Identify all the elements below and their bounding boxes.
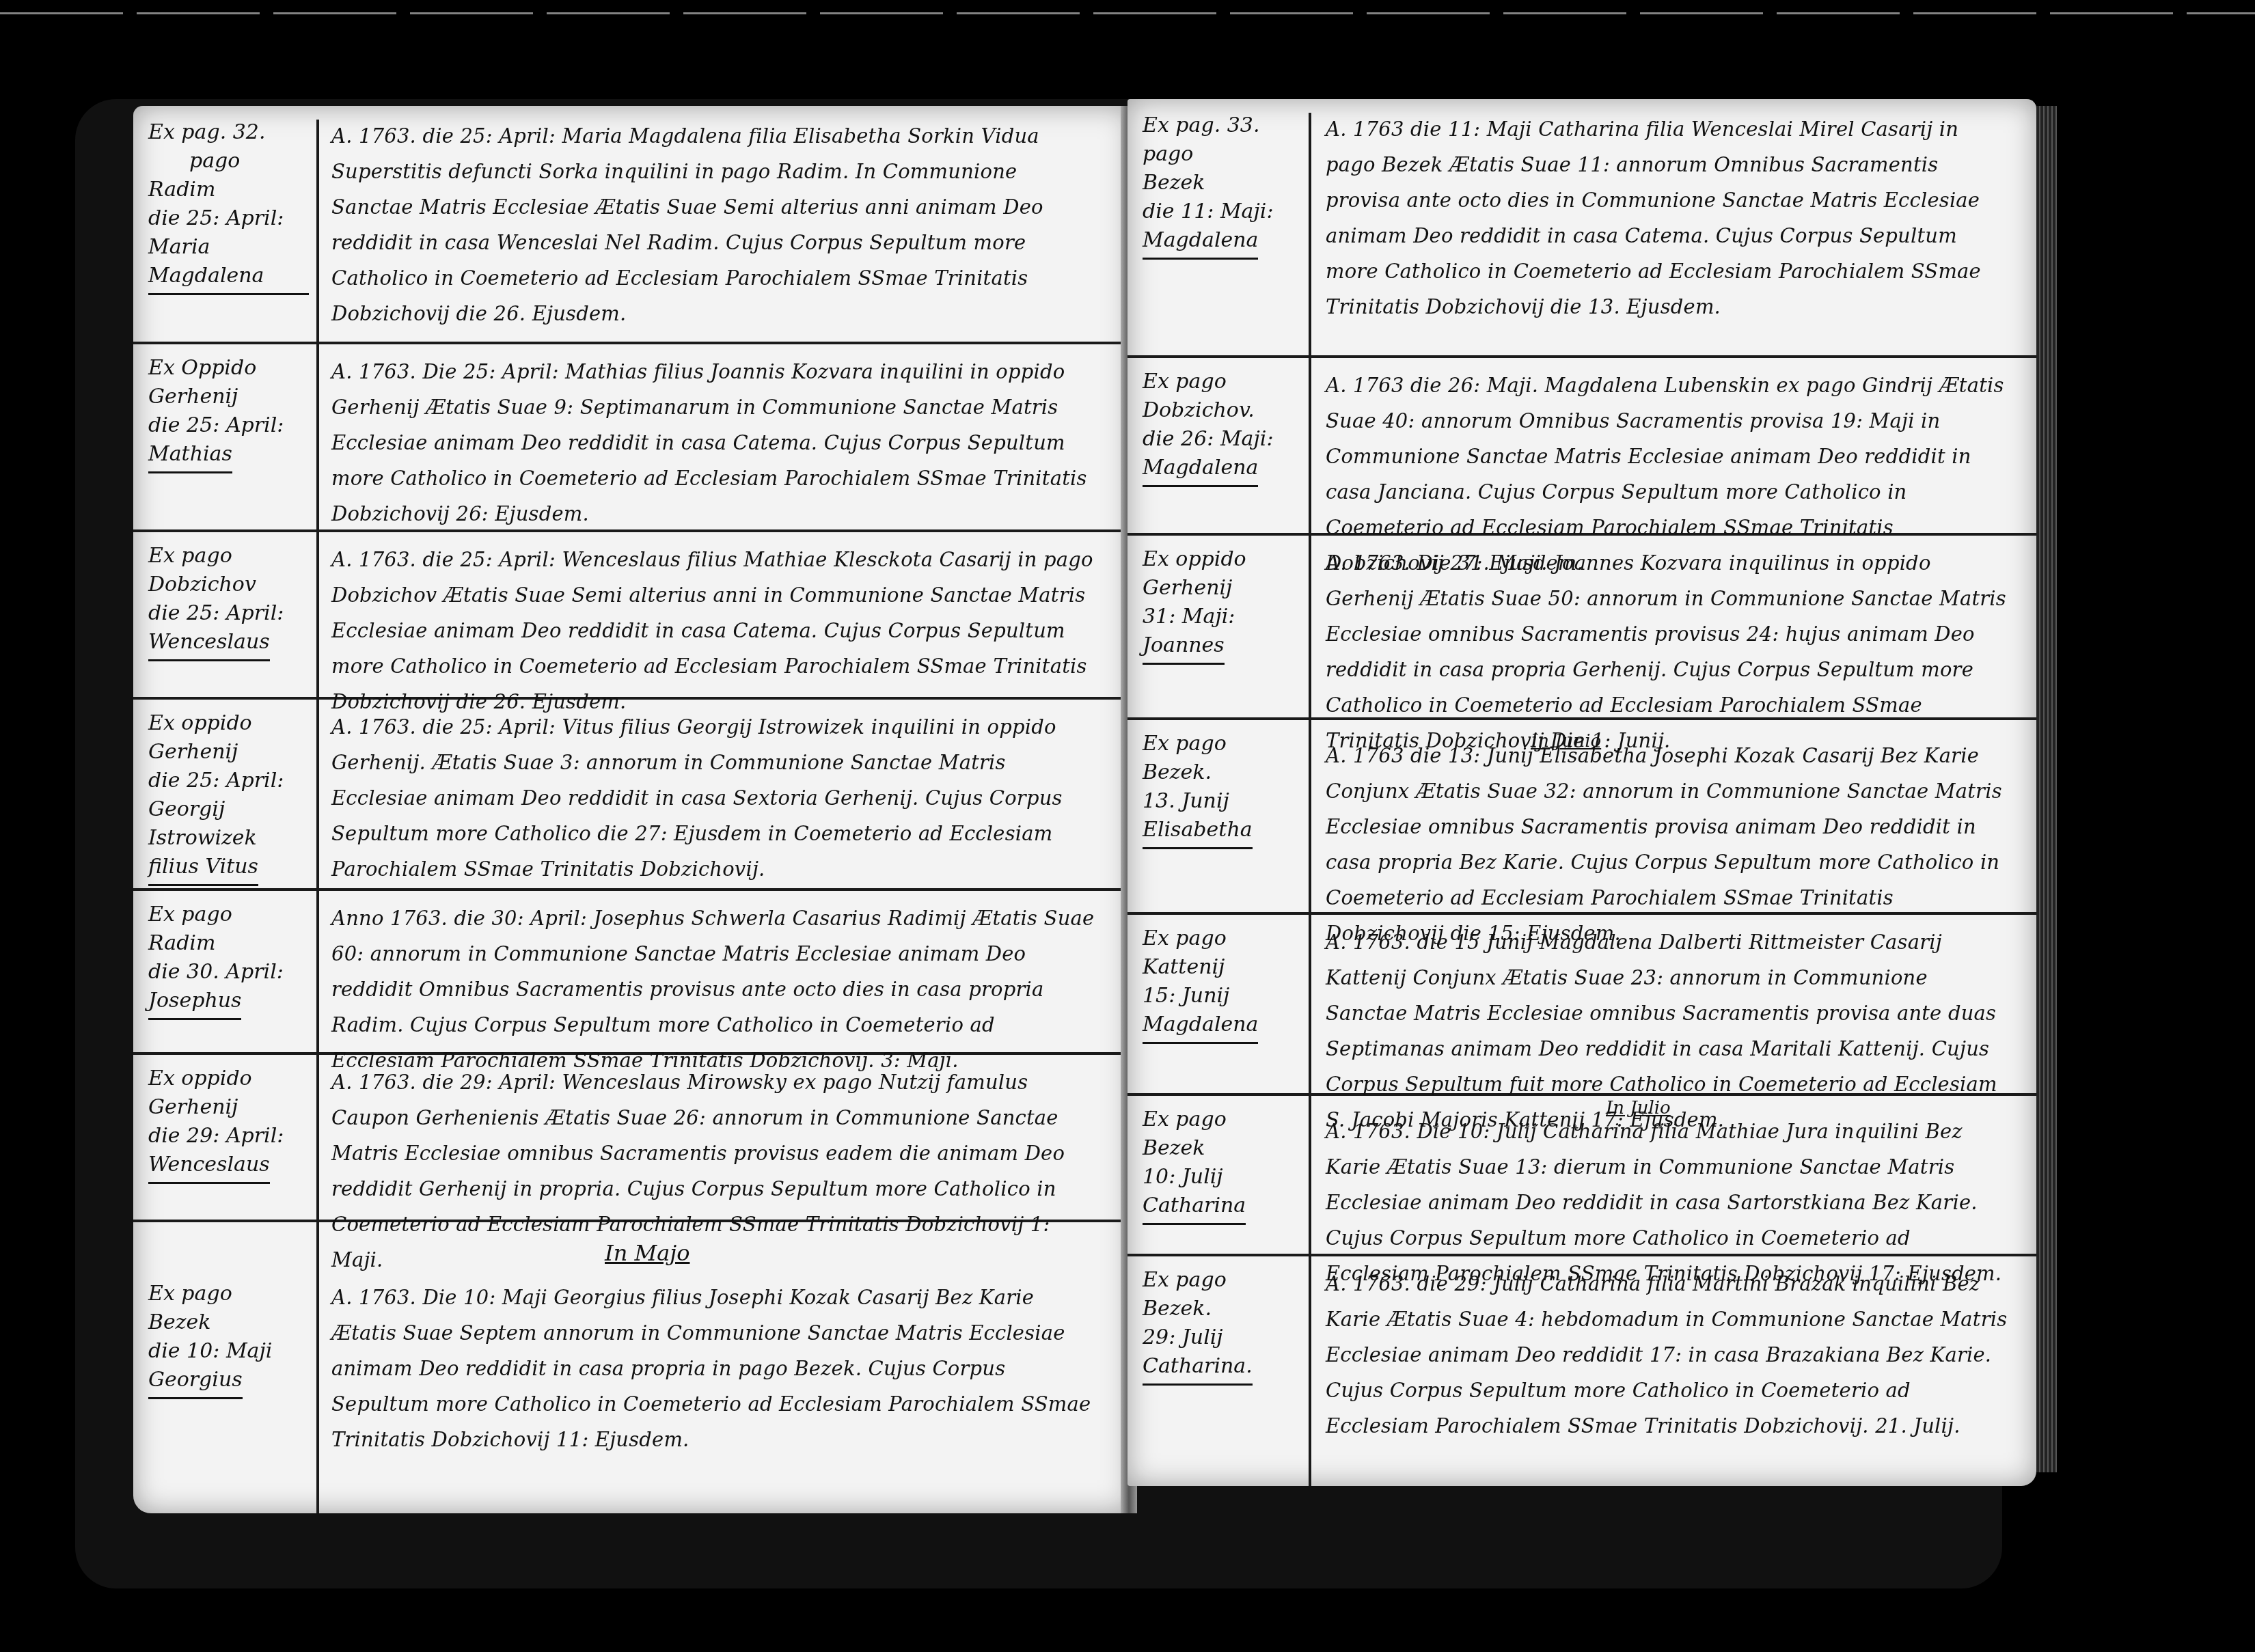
register-entry: Ex pago Kattenij 15: Junij Magdalena A. … — [1127, 912, 2036, 1096]
register-entry: Ex pag. 33. pago Bezek die 11: Maji: Mag… — [1127, 99, 2036, 358]
page-edges — [2036, 106, 2057, 1472]
register-entry: Ex pago Bezek 10: Julij Catharina A. 176… — [1127, 1093, 2036, 1256]
deceased-name: Catharina. — [1143, 1352, 1253, 1386]
month-heading: In Majo — [605, 1240, 689, 1266]
open-register-book: Ex pag. 32. pago Radim die 25: April: Ma… — [102, 85, 1947, 1554]
register-entry: Ex pago Bezek. 29: Julij Catharina. A. 1… — [1127, 1254, 2036, 1486]
margin-note: Ex pago Dobzichov. die 26: Maji: Magdale… — [1143, 368, 1303, 487]
register-entry: Ex Oppido Gerhenij die 25: April: Mathia… — [133, 342, 1131, 532]
entry-text: A. 1763. Die 25: April: Mathias filius J… — [331, 354, 1104, 532]
deceased-name: Wenceslaus — [148, 1151, 270, 1184]
margin-note: Ex oppido Gerhenij 31: Maji: Joannes — [1143, 545, 1303, 665]
register-entry: Ex pago Bezek die 10: Maji Georgius A. 1… — [133, 1267, 1131, 1513]
register-entry: Ex pago Dobzichov. die 26: Maji: Magdale… — [1127, 355, 2036, 536]
margin-note: Ex pago Bezek. 13. Junij Elisabetha — [1143, 730, 1303, 849]
deceased-name: Joannes — [1143, 631, 1225, 665]
margin-note: Ex oppido Gerhenij die 25: April: Georgi… — [148, 709, 309, 886]
scan-border-strip — [0, 12, 2255, 14]
entry-text: A. 1763. Die 10: Maji Georgius filius Jo… — [331, 1280, 1104, 1457]
register-entry: Ex pago Dobzichov die 25: April: Wencesl… — [133, 529, 1131, 700]
entry-text: A. 1763. die 29: April: Wenceslaus Mirow… — [331, 1064, 1104, 1278]
register-entry: Ex pago Bezek. 13. Junij Elisabetha A. 1… — [1127, 717, 2036, 915]
register-entry: Ex oppido Gerhenij die 25: April: Georgi… — [133, 697, 1131, 891]
deceased-name: Magdalena — [1143, 454, 1258, 487]
deceased-name: Josephus — [148, 987, 241, 1020]
margin-note: Ex pago Bezek. 29: Julij Catharina. — [1143, 1266, 1303, 1386]
margin-note: Ex pago Dobzichov die 25: April: Wencesl… — [148, 542, 309, 661]
right-page: Ex pag. 33. pago Bezek die 11: Maji: Mag… — [1127, 99, 2036, 1486]
margin-note: Ex pag. 32. pago Radim die 25: April: Ma… — [148, 118, 309, 295]
entry-text: Anno 1763. die 30: April: Josephus Schwe… — [331, 900, 1104, 1078]
register-entry: Ex pago Radim die 30. April: Josephus An… — [133, 888, 1131, 1055]
entry-text: A. 1763. die 25: April: Wenceslaus filiu… — [331, 542, 1104, 719]
margin-note: Ex pago Kattenij 15: Junij Magdalena — [1143, 924, 1303, 1044]
register-entry: Ex oppido Gerhenij die 29: April: Wences… — [133, 1052, 1131, 1222]
margin-note: Ex pag. 33. pago Bezek die 11: Maji: Mag… — [1143, 111, 1303, 260]
deceased-name: Elisabetha — [1143, 816, 1253, 849]
deceased-name: Wenceslaus — [148, 628, 270, 661]
deceased-name: Catharina — [1143, 1192, 1246, 1225]
margin-note: Ex oppido Gerhenij die 29: April: Wences… — [148, 1064, 309, 1184]
register-entry: Ex pag. 32. pago Radim die 25: April: Ma… — [133, 106, 1131, 344]
deceased-name: Mathias — [148, 440, 232, 473]
margin-note: Ex pago Radim die 30. April: Josephus — [148, 900, 309, 1020]
deceased-name: filius Vitus — [148, 853, 258, 886]
register-entry: Ex oppido Gerhenij 31: Maji: Joannes A. … — [1127, 533, 2036, 720]
entry-text: A. 1763 die 11: Maji Catharina filia Wen… — [1326, 111, 2009, 325]
margin-note: Ex pago Bezek 10: Julij Catharina — [1143, 1105, 1303, 1225]
margin-note: Ex Oppido Gerhenij die 25: April: Mathia… — [148, 354, 309, 473]
deceased-name: Maria Magdalena — [148, 233, 309, 295]
left-page: Ex pag. 32. pago Radim die 25: April: Ma… — [133, 106, 1131, 1513]
deceased-name: Magdalena — [1143, 226, 1258, 260]
entry-text: A. 1763. die 25: April: Maria Magdalena … — [331, 118, 1104, 331]
deceased-name: Georgius — [148, 1366, 243, 1399]
entry-text: A. 1763. die 25: April: Vitus filius Geo… — [331, 709, 1104, 887]
margin-note: Ex pago Bezek die 10: Maji Georgius — [148, 1280, 309, 1399]
deceased-name: Magdalena — [1143, 1010, 1258, 1044]
entry-text: A. 1763. die 29: Julij Catharina filia M… — [1326, 1266, 2009, 1444]
